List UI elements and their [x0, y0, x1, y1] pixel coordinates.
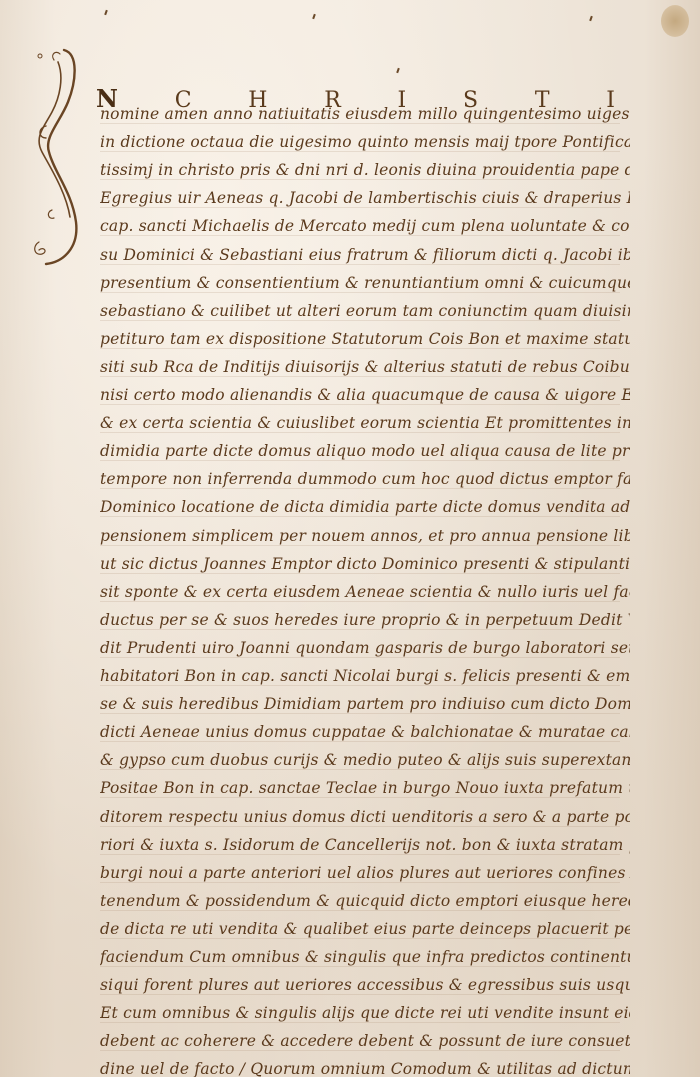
text-line: petituro tam ex dispositione Statutorum … — [100, 329, 630, 349]
ink-fleck — [589, 16, 593, 21]
ink-stain — [661, 5, 689, 37]
text-line: sebastiano & cuilibet ut alteri eorum ta… — [100, 301, 630, 321]
text-line: tempore non inferrenda dummodo cum hoc q… — [100, 469, 630, 489]
text-line: sit sponte & ex certa eiusdem Aeneae sci… — [100, 582, 630, 602]
text-line: de dicta re uti vendita & qualibet eius … — [100, 919, 630, 939]
text-line: siqui forent plures aut ueriores accessi… — [100, 975, 630, 995]
text-line: riori & iuxta s. Isidorum de Cancellerij… — [100, 835, 630, 855]
text-line: burgi noui a parte anteriori uel alios p… — [100, 863, 630, 883]
ink-fleck — [396, 68, 400, 73]
text-line: dit Prudenti uiro Joanni quondam gaspari… — [100, 638, 630, 658]
text-line: ductus per se & suos heredes iure propri… — [100, 610, 630, 630]
text-line: se & suis heredibus Dimidiam partem pro … — [100, 694, 630, 714]
ink-fleck — [312, 14, 316, 19]
text-line: ditorem respectu unius domus dicti uendi… — [100, 807, 630, 827]
text-line: Dominico locatione de dicta dimidia part… — [100, 497, 630, 517]
text-line: ut sic dictus Joannes Emptor dicto Domin… — [100, 554, 630, 574]
text-line: debent ac coherere & accedere debent & p… — [100, 1031, 630, 1051]
manuscript-page: N C H R I S T I nomine amen anno natiuit… — [0, 0, 700, 1077]
text-line: nisi certo modo alienandis & alia quacum… — [100, 385, 630, 405]
text-line: in dictione octaua die uigesimo quinto m… — [100, 132, 630, 152]
text-line: su Dominici & Sebastiani eius fratrum & … — [100, 245, 630, 265]
text-line: Positae Bon in cap. sanctae Teclae in bu… — [100, 778, 630, 798]
decorated-initial-i — [24, 42, 84, 272]
text-line: Egregius uir Aeneas q. Jacobi de lambert… — [100, 188, 630, 208]
text-line: presentium & consentientium & renuntiant… — [100, 273, 630, 293]
text-line: cap. sancti Michaelis de Mercato medij c… — [100, 216, 630, 236]
text-line: dine uel de facto / Quorum omnium Comodu… — [100, 1059, 630, 1077]
text-line: nomine amen anno natiuitatis eiusdem mil… — [100, 104, 630, 124]
text-line: & ex certa scientia & cuiuslibet eorum s… — [100, 413, 630, 433]
text-line: tissimj in christo pris & dni nri d. leo… — [100, 160, 630, 180]
ink-fleck — [104, 10, 108, 15]
text-line: Et cum omnibus & singulis alijs que dict… — [100, 1003, 630, 1023]
text-line: dicti Aeneae unius domus cuppatae & balc… — [100, 722, 630, 742]
text-line: faciendum Cum omnibus & singulis que inf… — [100, 947, 630, 967]
text-line: dimidia parte dicte domus aliquo modo ue… — [100, 441, 630, 461]
text-line: & gypso cum duobus curijs & medio puteo … — [100, 750, 630, 770]
text-line: habitatori Bon in cap. sancti Nicolai bu… — [100, 666, 630, 686]
text-line: siti sub Rca de Inditijs diuisorijs & al… — [100, 357, 630, 377]
text-line: pensionem simplicem per nouem annos, et … — [100, 526, 630, 546]
text-line: tenendum & possidendum & quicquid dicto … — [100, 891, 630, 911]
